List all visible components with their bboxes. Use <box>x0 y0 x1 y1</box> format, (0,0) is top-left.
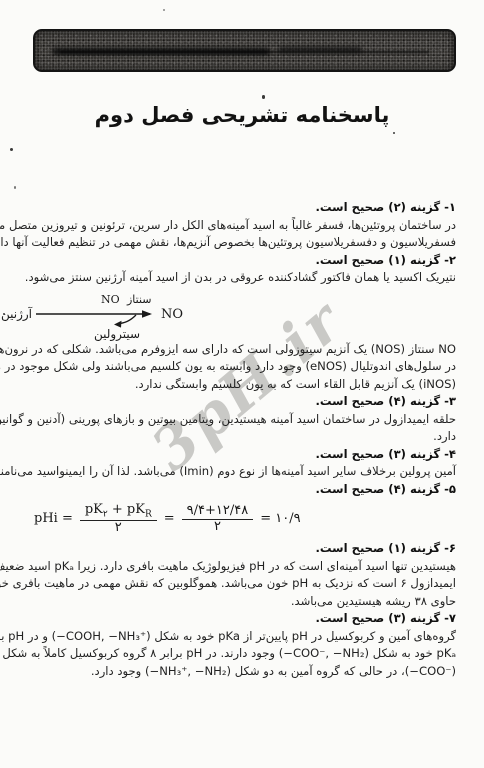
scan-speck <box>10 148 13 151</box>
formula-result: = ۱۰/۹ <box>260 510 300 528</box>
answer-2-line: (iNOS) یک آنزیم قابل القاء است که به یون… <box>28 376 456 394</box>
answer-6-line: ایمیدازول ۶ است که نزدیک به pH خون می‌با… <box>28 575 456 593</box>
scan-speck <box>14 186 16 189</box>
answer-5-heading: ۵- گزینه (۴) صحیح است. <box>28 481 456 499</box>
formula-fraction-1: pK۲ + pKR ۲ <box>80 503 157 536</box>
scanned-answer-page: { "title": "پاسخنامه تشریحی فصل دوم", "w… <box>0 0 484 768</box>
formula-fraction-2-denominator: ۲ <box>214 520 221 535</box>
answer-1-heading: ۱- گزینه (۲) صحیح است. <box>28 199 456 217</box>
answer-4-heading: ۴- گزینه (۳) صحیح است. <box>28 446 456 464</box>
answer-3-line: دارد. <box>28 428 456 446</box>
reaction-diagram-svg: NO سنتاز آرژنین NO سیترولین <box>0 287 210 341</box>
scan-speck <box>3 313 5 315</box>
answers-section: ۱- گزینه (۲) صحیح است. در ساختمان پروتئی… <box>28 199 456 680</box>
ph-isoelectric-formula: pHi = pK۲ + pKR ۲ = ۹/۴+۱۲/۴۸ ۲ = ۱۰/۹ <box>34 498 456 540</box>
enzyme-label-latin: NO <box>101 293 120 306</box>
answer-2-heading: ۲- گزینه (۱) صحیح است. <box>28 252 456 270</box>
answer-1-line: در ساختمان پروتئین‌ها، فسفر غالباً به اس… <box>28 217 456 235</box>
formula-fraction-2-numerator: ۹/۴+۱۲/۴۸ <box>182 504 254 520</box>
byproduct-label: سیترولین <box>94 327 140 341</box>
answer-7-heading: ۷- گزینه (۳) صحیح است. <box>28 610 456 628</box>
header-ink-line <box>60 51 429 53</box>
answer-2-line: در سلول‌های اندوتلیال (eNOS) وجود دارد و… <box>28 358 456 376</box>
substrate-label: آرژنین <box>1 306 33 322</box>
formula-fraction-2: ۹/۴+۱۲/۴۸ ۲ <box>182 504 254 535</box>
answer-7-line: ⁦(−COO⁻)⁩، در حالی که گروه آمین به دو شک… <box>28 663 456 681</box>
scan-speck <box>163 9 165 11</box>
header-ink-smear <box>278 47 362 53</box>
product-label: NO <box>161 307 183 322</box>
answer-2-line: نتیریک اکسید یا همان فاکتور گشادکننده عر… <box>28 269 456 287</box>
scan-speck <box>393 132 395 134</box>
answer-6-line: هیستیدین تنها اسید آمینه‌ای است که در pH… <box>28 558 456 576</box>
answer-7-line: pKₐ خود به شکل ⁦(−COO⁻, −NH₂)⁩ وجود دارن… <box>28 645 456 663</box>
scan-speck <box>262 95 265 99</box>
answer-1-line: فسفریلاسیون و دفسفریلاسیون پروتئین‌ها بخ… <box>28 234 456 252</box>
page-title: پاسخنامه تشریحی فصل دوم <box>0 103 484 127</box>
formula-fraction-1-numerator: pK۲ + pKR <box>80 503 157 521</box>
formula-lhs: pHi = <box>34 510 73 528</box>
answer-2-line: NO سنتاز (NOS) یک آنزیم سیتوزولی است که … <box>28 341 456 359</box>
answer-7-line: گروه‌های آمین و کربوکسیل در pH پایین‌تر … <box>28 628 456 646</box>
answer-6-heading: ۶- گزینه (۱) صحیح است. <box>28 540 456 558</box>
formula-equals: = <box>164 510 175 528</box>
answer-6-line: حاوی ۳۸ ریشه هیستیدین می‌باشد. <box>28 593 456 611</box>
no-synthesis-diagram: NO سنتاز آرژنین NO سیترولین <box>28 287 456 341</box>
chapter-header-band <box>33 29 456 72</box>
answer-4-line: آمین پرولین برخلاف سایر اسید آمینه‌ها از… <box>28 463 456 481</box>
formula-fraction-1-denominator: ۲ <box>115 521 122 536</box>
reaction-arrowhead-icon <box>142 310 152 318</box>
answer-3-line: حلقه ایمیدازول در ساختمان اسید آمینه هیس… <box>28 411 456 429</box>
enzyme-label-farsi: سنتاز <box>126 293 152 306</box>
answer-3-heading: ۳- گزینه (۴) صحیح است. <box>28 393 456 411</box>
